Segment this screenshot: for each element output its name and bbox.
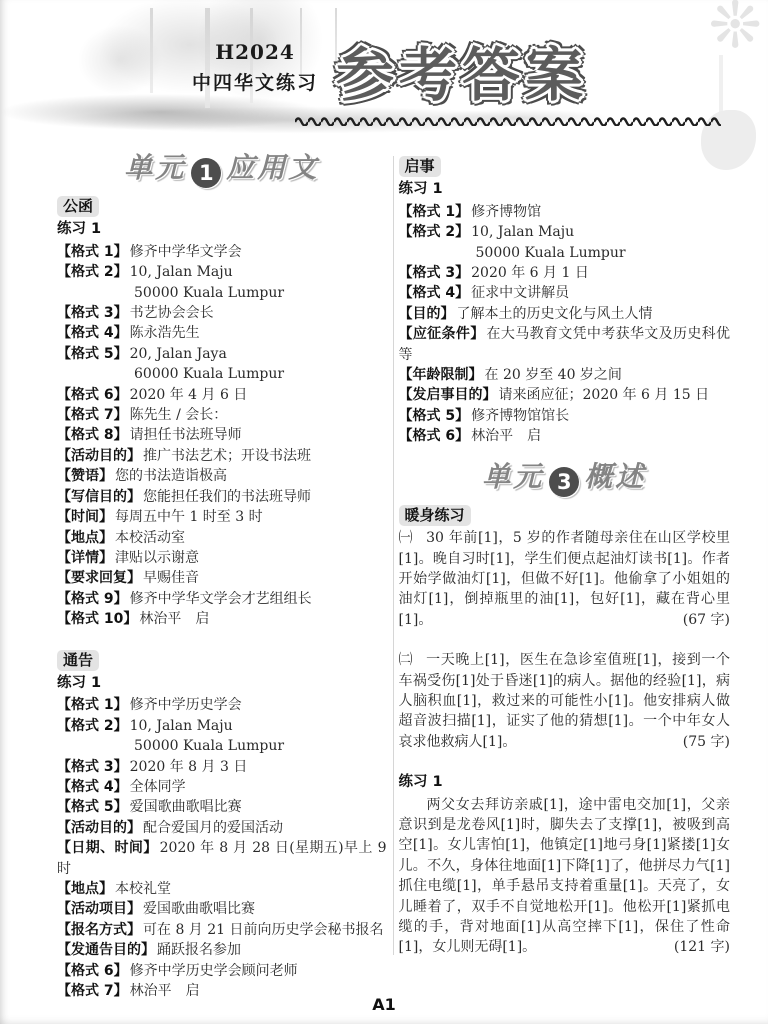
field-value: 早赐佳音 xyxy=(143,570,199,586)
answer-row: 【格式 3】书艺协会会长 xyxy=(57,303,387,323)
field-value-line2: 50000 Kuala Lumpur xyxy=(57,283,387,303)
answer-row: 【发通告目的】踊跃报名参加 xyxy=(57,940,387,960)
field-value: 修齐博物馆 xyxy=(471,204,541,220)
answer-row: 【格式 6】2020 年 4 月 6 日 xyxy=(57,385,387,405)
column-divider xyxy=(393,156,394,955)
field-value: 2020 年 8 月 3 日 xyxy=(130,759,248,775)
wave-divider xyxy=(295,112,721,126)
field-label: 【格式 2】 xyxy=(399,224,470,240)
field-label: 【格式 6】 xyxy=(57,387,128,403)
field-value: 全体同学 xyxy=(130,779,186,795)
answer-row: 【格式 3】2020 年 8 月 3 日 xyxy=(57,757,387,777)
answer-row: 【赞语】您的书法造诣极高 xyxy=(57,466,387,486)
exercise-label: 练习 1 xyxy=(399,179,731,199)
field-label: 【活动目的】 xyxy=(57,448,141,464)
answer-row: 【格式 8】请担任书法班导师 xyxy=(57,425,387,445)
answer-key-page: ❊ H2024 中四华文练习 参考答案 单元1应用文公函练习 1【格式 1】修齐… xyxy=(0,0,768,1024)
answer-row: 【活动目的】推广书法艺术；开设书法班 xyxy=(57,446,387,466)
field-label: 【报名方式】 xyxy=(57,922,141,938)
field-value: 林治平 启 xyxy=(471,428,541,444)
field-value: 您能担任我们的书法班导师 xyxy=(143,489,311,505)
unit-heading-prefix: 单元 xyxy=(124,151,186,184)
field-label: 【写信目的】 xyxy=(57,489,141,505)
word-count: (75 字) xyxy=(683,732,730,752)
page-title: 参考答案 xyxy=(336,28,588,112)
answer-row: 【格式 7】陈先生 / 会长： xyxy=(57,405,387,425)
field-label: 【日期、时间】 xyxy=(57,840,158,856)
field-value: 可在 8 月 21 日前向历史学会秘书报名 xyxy=(143,922,384,938)
paragraph-text: 30 年前[1]，5 岁的作者随母亲住在山区学校里[1]。晚自习时[1]，学生们… xyxy=(399,530,731,628)
section-tag: 公函 xyxy=(57,196,99,217)
field-label: 【详情】 xyxy=(57,550,113,566)
field-value: 踊跃报名参加 xyxy=(157,942,241,958)
field-value: 林治平 启 xyxy=(139,611,209,627)
word-count: (121 字) xyxy=(646,937,730,957)
answer-row: 【格式 1】修齐中学历史学会 xyxy=(57,695,387,715)
answer-row: 【地点】本校活动室 xyxy=(57,528,387,548)
exercise-label: 练习 1 xyxy=(57,673,387,693)
field-label: 【格式 9】 xyxy=(57,591,128,607)
left-column: 单元1应用文公函练习 1【格式 1】修齐中学华文学会【格式 2】10, Jala… xyxy=(57,154,387,1001)
exercise-label: 练习 1 xyxy=(57,219,387,239)
field-label: 【应征条件】 xyxy=(399,326,485,342)
field-value: 请来函应征；2020 年 6 月 15 日 xyxy=(499,387,710,403)
field-label: 【格式 10】 xyxy=(57,611,137,627)
field-value: 2020 年 4 月 6 日 xyxy=(130,387,248,403)
field-label: 【目的】 xyxy=(399,306,455,322)
summary-paragraph: ㈡一天晚上[1]，医生在急诊室值班[1]，接到一个车祸受伤[1]处于昏迷[1]的… xyxy=(399,650,731,752)
section-tag: 启事 xyxy=(399,156,441,177)
field-value: 修齐中学历史学会 xyxy=(130,697,242,713)
field-label: 【格式 3】 xyxy=(399,265,470,281)
field-label: 【格式 1】 xyxy=(57,244,128,260)
page-number: A1 xyxy=(0,995,768,1014)
answer-row: 【格式 2】10, Jalan Maju50000 Kuala Lumpur xyxy=(399,222,731,263)
summary-paragraph: 两父女去拜访亲戚[1]，途中雷电交加[1]，父亲意识到是龙卷风[1]时，脚失去了… xyxy=(399,795,731,958)
field-label: 【年龄限制】 xyxy=(399,367,483,383)
paragraph-text: 一天晚上[1]，医生在急诊室值班[1]，接到一个车祸受伤[1]处于昏迷[1]的病… xyxy=(399,652,731,750)
field-value: 修齐博物馆馆长 xyxy=(471,408,569,424)
answer-row: 【报名方式】可在 8 月 21 日前向历史学会秘书报名 xyxy=(57,920,387,940)
field-value: 配合爱国月的爱国活动 xyxy=(143,820,283,836)
answer-row: 【格式 4】全体同学 xyxy=(57,777,387,797)
book-info: H2024 中四华文练习 xyxy=(160,40,350,95)
section-tag: 通告 xyxy=(57,650,99,671)
field-value: 爱国歌曲歌唱比赛 xyxy=(143,901,255,917)
unit-heading-prefix: 单元 xyxy=(482,460,544,493)
answer-row: 【目的】了解本土的历史文化与风土人情 xyxy=(399,304,731,324)
field-label: 【发启事目的】 xyxy=(399,387,497,403)
field-value: 津贴以示谢意 xyxy=(115,550,199,566)
field-label: 【格式 5】 xyxy=(399,408,470,424)
field-label: 【赞语】 xyxy=(57,468,113,484)
field-label: 【格式 3】 xyxy=(57,305,128,321)
answer-row: 【格式 3】2020 年 6 月 1 日 xyxy=(399,263,731,283)
book-code: H2024 xyxy=(160,40,350,64)
field-label: 【格式 4】 xyxy=(57,779,128,795)
unit-number-badge: 1 xyxy=(191,158,221,188)
field-label: 【格式 4】 xyxy=(399,285,470,301)
section-tag-row: 公函 xyxy=(57,196,387,217)
section-tag: 暖身练习 xyxy=(399,505,471,526)
answer-row: 【格式 9】修齐中学华文学会才艺组组长 xyxy=(57,589,387,609)
field-label: 【地点】 xyxy=(57,530,113,546)
field-label: 【格式 3】 xyxy=(57,759,128,775)
field-value: 10, Jalan Maju xyxy=(130,718,233,734)
field-value: 10, Jalan Maju xyxy=(471,224,574,240)
section-tag-row: 暖身练习 xyxy=(399,505,731,526)
field-label: 【格式 5】 xyxy=(57,799,128,815)
field-value: 10, Jalan Maju xyxy=(130,264,233,280)
field-label: 【格式 2】 xyxy=(57,718,128,734)
answer-row: 【格式 4】征求中文讲解员 xyxy=(399,283,731,303)
field-value: 您的书法造诣极高 xyxy=(115,468,227,484)
field-label: 【格式 8】 xyxy=(57,427,128,443)
field-label: 【格式 5】 xyxy=(57,346,128,362)
dandelion-icon: ❊ xyxy=(708,0,762,58)
paragraph-text: 两父女去拜访亲戚[1]，途中雷电交加[1]，父亲意识到是龙卷风[1]时，脚失去了… xyxy=(399,797,731,956)
field-label: 【发通告目的】 xyxy=(57,942,155,958)
field-value: 修齐中学历史学会顾问老师 xyxy=(130,963,298,979)
answer-row: 【格式 1】修齐中学华文学会 xyxy=(57,242,387,262)
field-value: 了解本土的历史文化与风土人情 xyxy=(457,306,653,322)
field-value: 每周五中午 1 时至 3 时 xyxy=(115,509,263,525)
answer-row: 【格式 6】修齐中学历史学会顾问老师 xyxy=(57,961,387,981)
field-value: 陈永浩先生 xyxy=(130,325,200,341)
field-label: 【活动项目】 xyxy=(57,901,141,917)
field-label: 【格式 7】 xyxy=(57,407,128,423)
field-label: 【时间】 xyxy=(57,509,113,525)
answer-row: 【地点】本校礼堂 xyxy=(57,879,387,899)
field-label: 【格式 1】 xyxy=(57,697,128,713)
answer-row: 【活动项目】爱国歌曲歌唱比赛 xyxy=(57,899,387,919)
answers-content: 单元1应用文公函练习 1【格式 1】修齐中学华文学会【格式 2】10, Jala… xyxy=(57,154,730,1001)
answer-row: 【格式 6】林治平 启 xyxy=(399,426,731,446)
field-value: 陈先生 / 会长： xyxy=(130,407,228,423)
field-value: 修齐中学华文学会才艺组组长 xyxy=(130,591,312,607)
unit-heading: 单元1应用文 xyxy=(57,158,387,188)
answer-row: 【时间】每周五中午 1 时至 3 时 xyxy=(57,507,387,527)
field-label: 【格式 6】 xyxy=(399,428,470,444)
field-value: 书艺协会会长 xyxy=(130,305,214,321)
field-label: 【格式 6】 xyxy=(57,963,128,979)
answer-row: 【日期、时间】2020 年 8 月 28 日(星期五)早上 9 时 xyxy=(57,838,387,879)
answer-row: 【写信目的】您能担任我们的书法班导师 xyxy=(57,487,387,507)
field-value: 本校礼堂 xyxy=(115,881,171,897)
answer-row: 【详情】津贴以示谢意 xyxy=(57,548,387,568)
field-value: 推广书法艺术；开设书法班 xyxy=(143,448,311,464)
unit-heading-suffix: 应用文 xyxy=(226,151,319,184)
field-value: 本校活动室 xyxy=(115,530,185,546)
field-value: 爱国歌曲歌唱比赛 xyxy=(130,799,242,815)
field-value: 20, Jalan Jaya xyxy=(130,346,227,362)
answer-row: 【格式 5】爱国歌曲歌唱比赛 xyxy=(57,797,387,817)
item-marker: ㈠ xyxy=(399,530,414,546)
section-tag-row: 通告 xyxy=(57,650,387,671)
answer-row: 【格式 4】陈永浩先生 xyxy=(57,323,387,343)
right-column: 启事练习 1【格式 1】修齐博物馆【格式 2】10, Jalan Maju500… xyxy=(399,154,731,1001)
tree-trunk-decoration xyxy=(150,8,153,93)
page-header: ❊ H2024 中四华文练习 参考答案 xyxy=(0,0,768,150)
field-value-line2: 60000 Kuala Lumpur xyxy=(57,364,387,384)
field-value-line2: 50000 Kuala Lumpur xyxy=(57,736,387,756)
answer-row: 【格式 5】20, Jalan Jaya60000 Kuala Lumpur xyxy=(57,344,387,385)
summary-paragraph: ㈠30 年前[1]，5 岁的作者随母亲住在山区学校里[1]。晚自习时[1]，学生… xyxy=(399,528,731,630)
field-label: 【活动目的】 xyxy=(57,820,141,836)
unit-heading: 单元3概述 xyxy=(399,467,731,497)
item-marker: ㈡ xyxy=(399,652,414,668)
field-value: 修齐中学华文学会 xyxy=(130,244,242,260)
answer-row: 【格式 5】修齐博物馆馆长 xyxy=(399,406,731,426)
field-value-line2: 50000 Kuala Lumpur xyxy=(399,243,731,263)
answer-row: 【发启事目的】请来函应征；2020 年 6 月 15 日 xyxy=(399,385,731,405)
answer-row: 【格式 1】修齐博物馆 xyxy=(399,202,731,222)
answer-row: 【格式 2】10, Jalan Maju50000 Kuala Lumpur xyxy=(57,716,387,757)
word-count: (67 字) xyxy=(683,610,730,630)
answer-row: 【格式 10】林治平 启 xyxy=(57,609,387,629)
answer-row: 【格式 2】10, Jalan Maju50000 Kuala Lumpur xyxy=(57,262,387,303)
field-label: 【地点】 xyxy=(57,881,113,897)
answer-row: 【活动目的】配合爱国月的爱国活动 xyxy=(57,818,387,838)
section-tag-row: 启事 xyxy=(399,156,731,177)
exercise-label: 练习 1 xyxy=(399,772,731,792)
book-series: 中四华文练习 xyxy=(160,68,350,95)
unit-heading-suffix: 概述 xyxy=(584,460,646,493)
field-value: 2020 年 6 月 1 日 xyxy=(471,265,589,281)
field-label: 【要求回复】 xyxy=(57,570,141,586)
answer-row: 【年龄限制】在 20 岁至 40 岁之间 xyxy=(399,365,731,385)
field-label: 【格式 4】 xyxy=(57,325,128,341)
answer-row: 【应征条件】在大马教育文凭中考获华文及历史科优等 xyxy=(399,324,731,365)
field-label: 【格式 2】 xyxy=(57,264,128,280)
field-value: 请担任书法班导师 xyxy=(130,427,242,443)
unit-number-badge: 3 xyxy=(549,467,579,497)
field-label: 【格式 1】 xyxy=(399,204,470,220)
answer-row: 【要求回复】早赐佳音 xyxy=(57,568,387,588)
field-value: 在 20 岁至 40 岁之间 xyxy=(485,367,622,383)
field-value: 征求中文讲解员 xyxy=(471,285,569,301)
